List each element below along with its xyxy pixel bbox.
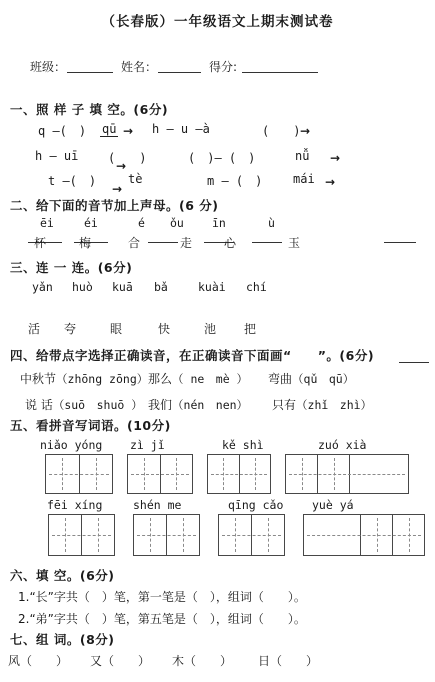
section-5-heading: 五、看拼音写词语。(10分): [10, 416, 171, 434]
s4-item: 弯曲（qǔ qū）: [268, 368, 354, 387]
s3-char: 快: [158, 320, 170, 337]
s5-pinyin: zuó xià: [318, 438, 366, 452]
writing-grid: [303, 514, 425, 556]
writing-cell: [393, 515, 424, 555]
section-2-heading: 二、给下面的音节加上声母。(6 分): [10, 196, 218, 214]
s5-pinyin: niǎo yóng: [40, 438, 102, 452]
s6-item: 1.“长”字共（ ）笔，第一笔是（ ），组词（ ）。: [18, 588, 306, 605]
s4-item: 那么（ ne mè ）: [148, 368, 248, 387]
class-label: 班级：: [30, 58, 66, 75]
s2-syllable: īn: [212, 216, 226, 230]
s3-pinyin: kuài: [198, 280, 226, 294]
s3-char: 眼: [110, 320, 122, 337]
writing-cell: [49, 515, 82, 555]
s5-pinyin: fēi xíng: [47, 498, 102, 512]
writing-grid: [127, 454, 193, 494]
s1-r2-item: nǚ: [295, 149, 309, 163]
s3-char: 把: [244, 320, 256, 337]
s4-options: （zhōng zōng）: [56, 372, 148, 386]
s4-item: 我们（nén nen）: [148, 394, 248, 413]
page-title: （长春版）一年级语文上期末测试卷: [0, 10, 435, 30]
writing-grid: [285, 454, 409, 494]
s4-word: 说 话: [25, 398, 53, 412]
writing-cell: [128, 455, 161, 493]
s4-item: 中秋节（zhōng zōng）: [20, 368, 148, 387]
arrow-right-icon: →: [123, 124, 132, 138]
s3-pinyin: huò: [72, 280, 93, 294]
writing-grid: [133, 514, 200, 556]
s4-options: （ ne mè ）: [172, 372, 248, 386]
initial-blank-line: [252, 242, 282, 243]
test-paper-page: （长春版）一年级语文上期末测试卷 班级： 姓名： 得分: 一、照 样 子 填 空…: [0, 0, 435, 682]
s7-item: 日（ ）: [258, 652, 318, 669]
initial-blank-line: [384, 242, 416, 243]
score-blank-line: [242, 72, 318, 73]
s1-r3-item: mái: [293, 172, 315, 186]
s3-char: 活: [28, 320, 40, 337]
s3-pinyin: bǎ: [154, 280, 168, 294]
s3-pinyin: yǎn: [32, 280, 53, 294]
writing-cell: [219, 515, 252, 555]
s1-r1-item: h — u —à: [152, 122, 210, 136]
s2-syllable: éi: [84, 216, 98, 230]
s4-word: 只有: [272, 398, 296, 412]
s5-pinyin: qīng cǎo: [228, 498, 283, 512]
s1-r2-item: ( )— ( ): [188, 149, 255, 166]
s2-syllable: ù: [268, 216, 275, 230]
s1-r2-answer-blank: ( ): [108, 149, 146, 166]
score-label: 得分:: [209, 58, 237, 75]
s4-options: （nén nen）: [172, 398, 248, 412]
name-blank-line: [158, 72, 201, 73]
section-1-heading: 一、照 样 子 填 空。(6分): [10, 100, 168, 118]
s2-char: 杯: [34, 234, 46, 251]
s4-word: 我们: [148, 398, 172, 412]
heading-blank-line: [399, 362, 429, 363]
writing-grid: [218, 514, 285, 556]
s5-pinyin: yuè yá: [312, 498, 354, 512]
s1-r3-item: tè: [128, 172, 142, 186]
writing-cell: [208, 455, 240, 493]
s7-item: 又（ ）: [90, 652, 150, 669]
section-7-heading: 七、组 词。(8分): [10, 630, 114, 648]
s2-syllable: ǒu: [170, 216, 184, 230]
s6-item: 2.“弟”字共（ ）笔，第五笔是（ ），组词（ ）。: [18, 610, 306, 627]
s4-word: 弯曲: [268, 372, 292, 386]
s3-pinyin: kuā: [112, 280, 133, 294]
s1-r3-item: t —( ): [48, 172, 96, 189]
name-label: 姓名：: [121, 58, 157, 75]
writing-cell: [80, 455, 113, 493]
arrow-right-icon: →: [330, 151, 339, 165]
s1-r1-item: q —( ): [38, 122, 86, 139]
class-blank-line: [67, 72, 113, 73]
writing-cell: [252, 515, 284, 555]
s2-char: 玉: [288, 234, 300, 251]
s1-r3-item: m — ( ): [207, 172, 262, 189]
writing-cell: [350, 455, 408, 493]
writing-cell: [134, 515, 167, 555]
s2-char: 合: [128, 234, 140, 251]
s5-pinyin: zì jǐ: [130, 438, 165, 452]
writing-cell: [304, 515, 361, 555]
section-3-heading: 三、连 一 连。(6分): [10, 258, 132, 276]
writing-grid: [48, 514, 115, 556]
writing-grid: [207, 454, 271, 494]
s1-r1-example: qū: [100, 122, 118, 137]
writing-cell: [361, 515, 393, 555]
arrow-right-icon: →: [112, 182, 121, 196]
writing-cell: [240, 455, 271, 493]
writing-grid: [45, 454, 113, 494]
writing-cell: [161, 455, 193, 493]
s4-options: （zhǐ zhì）: [296, 398, 372, 412]
s4-item: 说 话（suō shuō ）: [25, 394, 143, 413]
writing-cell: [318, 455, 350, 493]
s4-item: 只有（zhǐ zhì）: [272, 394, 372, 413]
writing-cell: [82, 515, 114, 555]
s5-pinyin: kě shì: [222, 438, 264, 452]
writing-cell: [286, 455, 318, 493]
s7-item: 风（ ）: [8, 652, 68, 669]
s5-pinyin: shén me: [133, 498, 181, 512]
arrow-right-icon: →: [300, 124, 309, 138]
s2-syllable: ēi: [40, 216, 54, 230]
writing-cell: [46, 455, 80, 493]
s7-item: 木（ ）: [172, 652, 232, 669]
s1-r1-answer-blank: ( ): [262, 122, 300, 139]
section-6-heading: 六、填 空。(6分): [10, 566, 114, 584]
s3-pinyin: chí: [246, 280, 267, 294]
s2-char: 走: [180, 234, 192, 251]
s2-char: 心: [224, 234, 236, 251]
s3-char: 池: [204, 320, 216, 337]
s2-syllable: é: [138, 216, 145, 230]
s1-r2-item: h — uī: [35, 149, 78, 163]
section-4-heading: 四、给带点字选择正确读音，在正确读音下面画“ ”。(6分): [10, 346, 374, 364]
s4-options: （qǔ qū）: [292, 372, 354, 386]
arrow-right-icon: →: [325, 175, 334, 189]
s4-word: 那么: [148, 372, 172, 386]
s3-char: 夸: [64, 320, 76, 337]
s2-char: 梅: [79, 234, 91, 251]
writing-cell: [167, 515, 199, 555]
s4-word: 中秋节: [20, 372, 56, 386]
initial-blank-line: [148, 242, 178, 243]
arrow-right-icon: →: [116, 159, 125, 173]
s4-options: （suō shuō ）: [53, 398, 143, 412]
